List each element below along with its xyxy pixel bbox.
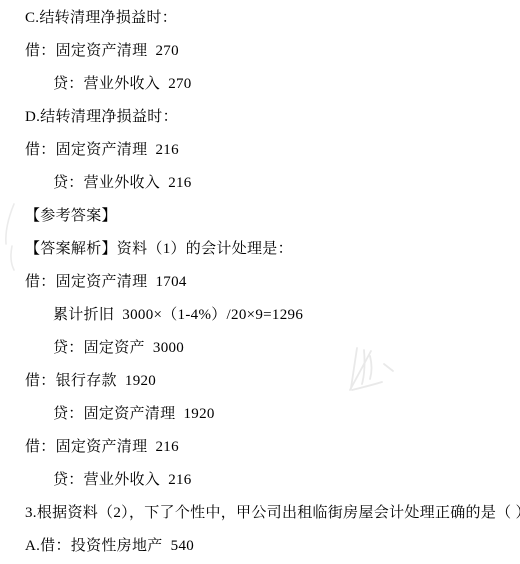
accumulated-depreciation-calculation: 累计折旧 3000×（1-4%）/20×9=1296 — [25, 299, 520, 332]
question-3-text: 3.根据资料（2），下了个性中，甲公司出租临街房屋会计处理正确的是（ ）。 — [25, 497, 520, 530]
entry-credit-nonoperating-income-270: 贷：营业外收入 270 — [25, 68, 520, 101]
entry-debit-fixed-asset-clearing-1704: 借：固定资产清理 1704 — [25, 266, 520, 299]
document-page: { "colors": { "background": "#ffffff", "… — [0, 0, 520, 564]
entry-debit-fixed-asset-clearing-270: 借：固定资产清理 270 — [25, 35, 520, 68]
answer-sheet: C.结转清理净损益时： 借：固定资产清理 270 贷：营业外收入 270 D.结… — [0, 2, 520, 563]
entry-debit-fixed-asset-clearing-216: 借：固定资产清理 216 — [25, 134, 520, 167]
option-c-heading: C.结转清理净损益时： — [25, 2, 520, 35]
entry-debit-fixed-asset-clearing-216b: 借：固定资产清理 216 — [25, 431, 520, 464]
entry-credit-fixed-asset-clearing-1920: 贷：固定资产清理 1920 — [25, 398, 520, 431]
option-d-heading: D.结转清理净损益时： — [25, 101, 520, 134]
entry-credit-fixed-asset-3000: 贷：固定资产 3000 — [25, 332, 520, 365]
entry-debit-bank-deposit-1920: 借：银行存款 1920 — [25, 365, 520, 398]
entry-credit-nonoperating-income-216: 贷：营业外收入 216 — [25, 167, 520, 200]
reference-answer-heading: 【参考答案】 — [25, 200, 520, 233]
option-a-investment-property-540: A.借：投资性房地产 540 — [25, 530, 520, 563]
entry-credit-nonoperating-income-216b: 贷：营业外收入 216 — [25, 464, 520, 497]
answer-analysis-heading: 【答案解析】资料（1）的会计处理是： — [25, 233, 520, 266]
